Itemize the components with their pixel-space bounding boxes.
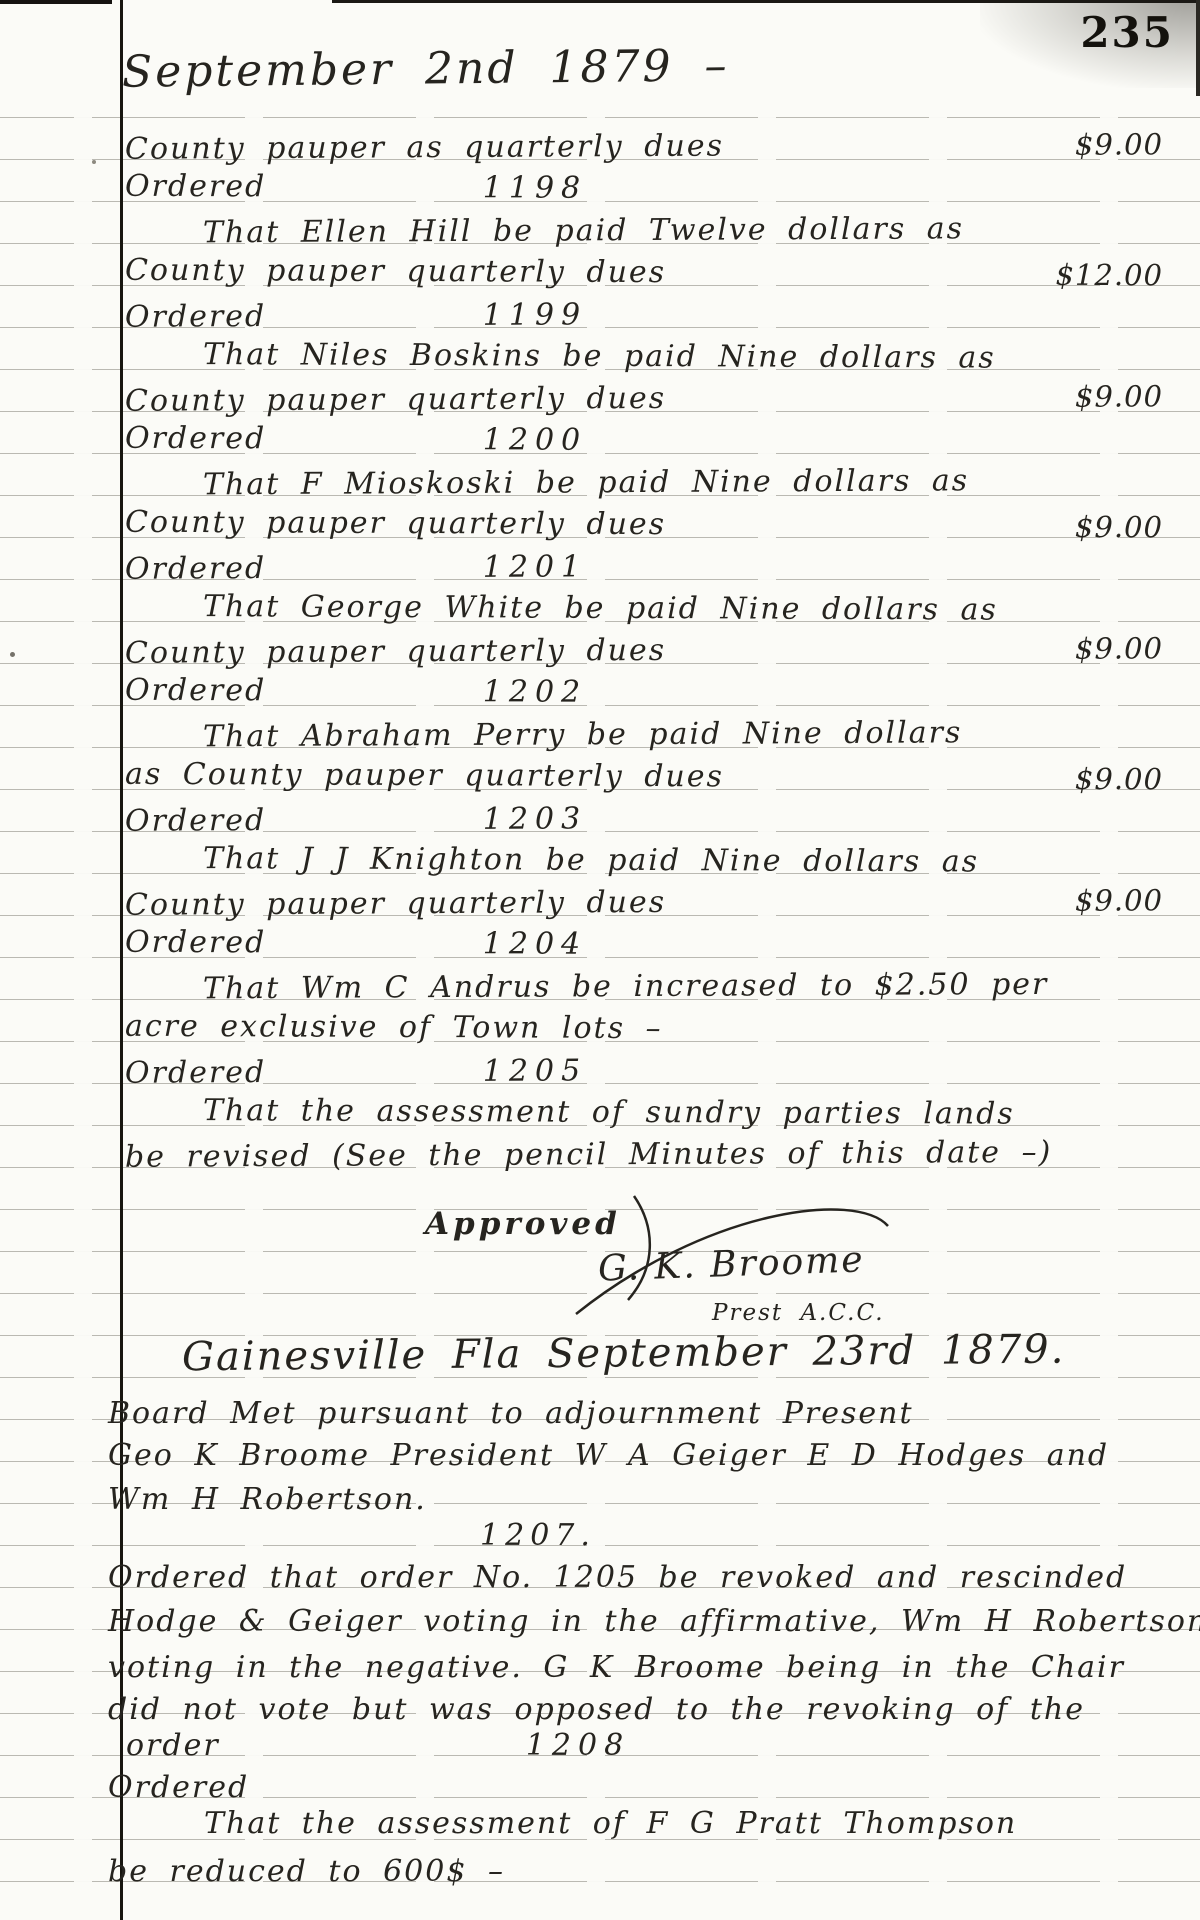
order-number: 1203	[420, 798, 650, 841]
page-number: 235	[1080, 8, 1174, 57]
order-number-line: 1207.	[108, 1514, 1178, 1558]
ordered-line: Ordered 1205	[125, 1047, 1165, 1094]
line-text: acre exclusive of Town lots –	[125, 1009, 663, 1046]
amount-value: $9.00	[1075, 627, 1163, 669]
ordered-line: Ordered 1201	[125, 543, 1165, 590]
order-number: 1204	[420, 923, 650, 966]
line-text: County pauper quarterly dues	[125, 885, 666, 923]
line-text: That Abraham Perry be paid Nine dollars	[125, 715, 962, 754]
ordered-label: Ordered	[125, 421, 266, 457]
line-text: did not vote but was opposed to the revo…	[108, 1692, 1085, 1727]
line-text: That Ellen Hill be paid Twelve dollars a…	[125, 211, 964, 250]
ledger-line: Hodge & Geiger voting in the affirmative…	[108, 1600, 1178, 1644]
order-number: 1199	[420, 294, 650, 337]
ordered-label: Ordered	[125, 551, 266, 587]
ledger-line: Geo K Broome President W A Geiger E D Ho…	[108, 1434, 1178, 1478]
ledger-line: That Ellen Hill be paid Twelve dollars a…	[125, 207, 1165, 254]
line-text: Ordered that order No. 1205 be revoked a…	[108, 1560, 1127, 1595]
ordered-line: Ordered 1200	[125, 418, 1165, 465]
amount-value: $9.00	[1075, 506, 1163, 548]
ledger-line: as County pauper quarterly dues $9.00	[125, 754, 1165, 801]
ordered-line: Ordered 1199	[125, 291, 1165, 338]
order-number: 1200	[420, 419, 650, 462]
ledger-line: County pauper quarterly dues $9.00	[125, 502, 1165, 549]
ledger-line: voting in the negative. G K Broome being…	[108, 1646, 1178, 1690]
ledger-line: That Wm C Andrus be increased to $2.50 p…	[125, 963, 1165, 1010]
line-text: County pauper quarterly dues	[125, 381, 666, 419]
scan-edge-artifact	[1196, 0, 1200, 96]
ink-speck	[92, 160, 96, 164]
ledger-line: Ordered that order No. 1205 be revoked a…	[108, 1556, 1178, 1600]
line-text: That Wm C Andrus be increased to $2.50 p…	[125, 967, 1049, 1007]
amount-value: $9.00	[1075, 879, 1163, 921]
ordered-label: order	[108, 1728, 220, 1763]
ordered-label: Ordered	[125, 803, 266, 839]
ordered-line: Ordered 1203	[125, 795, 1165, 842]
ledger-line: Board Met pursuant to adjournment Presen…	[108, 1392, 1178, 1436]
approved-label: Approved	[425, 1206, 621, 1242]
ledger-line: acre exclusive of Town lots –	[125, 1006, 1165, 1053]
ledger-page: 235 September 2nd 1879 – County pauper a…	[0, 0, 1200, 1920]
order-number: 1201	[420, 546, 650, 589]
line-text: be revised (See the pencil Minutes of th…	[125, 1135, 1052, 1175]
ledger-line: That F Mioskoski be paid Nine dollars as	[125, 459, 1165, 506]
ordered-label: Ordered	[125, 169, 266, 205]
ledger-line: That Abraham Perry be paid Nine dollars	[125, 711, 1165, 758]
ordered-line: order 1208	[108, 1724, 1178, 1768]
line-text: Geo K Broome President W A Geiger E D Ho…	[108, 1438, 1109, 1473]
order-number: 1198	[420, 167, 650, 210]
ledger-line: County pauper quarterly dues $9.00	[125, 627, 1165, 674]
line-text: That George White be paid Nine dollars a…	[125, 589, 998, 628]
ledger-line: That Niles Boskins be paid Nine dollars …	[125, 334, 1165, 381]
amount-value: $12.00	[1055, 254, 1163, 296]
ordered-label: Ordered	[125, 1055, 266, 1091]
signer-title: Prest A.C.C.	[712, 1300, 885, 1326]
line-text: Ordered	[108, 1770, 249, 1805]
ordered-label: Ordered	[125, 925, 266, 961]
line-text: That the assessment of F G Pratt Thompso…	[108, 1806, 1017, 1841]
ordered-line: Ordered 1202	[125, 670, 1165, 717]
ordered-line: Ordered 1198	[125, 166, 1165, 213]
ledger-line: That J J Knighton be paid Nine dollars a…	[125, 838, 1165, 885]
line-text: County pauper quarterly dues	[125, 253, 666, 290]
ordered-line: Ordered 1204	[125, 922, 1165, 969]
ledger-line: That the assessment of F G Pratt Thompso…	[108, 1802, 1178, 1846]
order-number: 1202	[420, 671, 650, 714]
ordered-label: Ordered	[125, 299, 266, 335]
order-number: 1207.	[408, 1514, 668, 1558]
line-text: Wm H Robertson.	[108, 1482, 427, 1517]
ledger-line: be revised (See the pencil Minutes of th…	[125, 1131, 1165, 1178]
line-text: voting in the negative. G K Broome being…	[108, 1650, 1125, 1685]
ledger-line: County pauper quarterly dues $12.00	[125, 250, 1165, 297]
amount-value: $9.00	[1075, 375, 1163, 417]
line-text: County pauper quarterly dues	[125, 505, 666, 542]
line-text: County pauper as quarterly dues	[125, 129, 724, 167]
line-text: Hodge & Geiger voting in the affirmative…	[108, 1604, 1200, 1639]
line-text: be reduced to 600$ –	[108, 1854, 505, 1889]
order-number: 1205	[420, 1050, 650, 1093]
amount-value: $9.00	[1075, 758, 1163, 800]
ledger-line: be reduced to 600$ –	[108, 1850, 1178, 1894]
session2-date-heading: Gainesville Fla September 23rd 1879.	[182, 1326, 1162, 1381]
ledger-line: County pauper quarterly dues $9.00	[125, 879, 1165, 926]
scan-edge-artifact	[332, 0, 1200, 3]
line-text: as County pauper quarterly dues	[125, 757, 724, 795]
line-text: Board Met pursuant to adjournment Presen…	[108, 1396, 914, 1431]
amount-value: $9.00	[1075, 123, 1163, 165]
line-text: That F Mioskoski be paid Nine dollars as	[125, 463, 969, 502]
ledger-line: County pauper quarterly dues $9.00	[125, 375, 1165, 422]
line-text: County pauper quarterly dues	[125, 633, 666, 671]
ordered-label: Ordered	[125, 673, 266, 709]
line-text: That Niles Boskins be paid Nine dollars …	[125, 337, 996, 376]
ledger-line: County pauper as quarterly dues $9.00	[125, 123, 1165, 170]
line-text: That the assessment of sundry parties la…	[125, 1093, 1015, 1132]
ledger-line: That the assessment of sundry parties la…	[125, 1090, 1165, 1137]
line-text: That J J Knighton be paid Nine dollars a…	[125, 841, 979, 880]
order-number: 1208	[468, 1724, 688, 1768]
scan-edge-artifact	[0, 0, 112, 4]
ink-speck	[10, 652, 15, 657]
session1-date-heading: September 2nd 1879 –	[122, 37, 1022, 97]
ledger-line: That George White be paid Nine dollars a…	[125, 586, 1165, 633]
